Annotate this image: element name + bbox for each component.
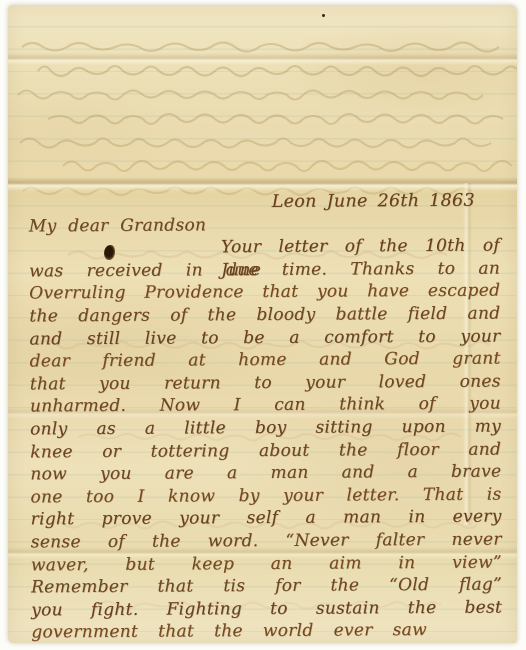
letter-body: Leon June 26th 1863 My dear Grandson You… (29, 190, 503, 645)
bleedthrough-stroke (22, 43, 499, 52)
letter-line: was received in due time. Thanks to an (29, 257, 500, 282)
letter-line: Overruling Providence that you have esca… (29, 280, 500, 305)
letter-lines: Your letter of the 10th of Junewas recei… (29, 235, 502, 645)
letter-line: knee or tottering about the floor and (30, 438, 501, 463)
bleedthrough-stroke (38, 66, 517, 76)
salutation: My dear Grandson (29, 212, 500, 237)
letter-line: only as a little boy sitting upon my (30, 415, 501, 440)
letter-line: Remember that tis for the “Old flag” (31, 574, 502, 599)
letter-scan: Leon June 26th 1863 My dear Grandson You… (0, 0, 526, 650)
bleedthrough-stroke (20, 139, 491, 148)
letter-line: right prove your self a man in every (31, 506, 502, 531)
paper-sheet: Leon June 26th 1863 My dear Grandson You… (8, 5, 517, 643)
letter-line: and still live to be a comfort to your (29, 325, 500, 350)
letter-line: Your letter of the 10th of June (29, 235, 500, 260)
letter-line: dear friend at home and God grant (30, 348, 501, 373)
bleedthrough-stroke (18, 91, 483, 100)
fold-crease (8, 53, 517, 65)
letter-line: you fight. Fighting to sustain the best (31, 596, 502, 621)
letter-line: that you return to your loved ones (30, 370, 501, 395)
letter-line: the dangers of the bloody battle field a… (29, 303, 500, 328)
dateline: Leon June 26th 1863 (29, 190, 500, 215)
bleedthrough-stroke (48, 114, 503, 124)
letter-line: now you are a man and a brave (30, 461, 501, 486)
fold-crease (8, 177, 517, 191)
bleedthrough-stroke (63, 161, 512, 171)
letter-line: waver, but keep an aim in view” (31, 551, 502, 576)
letter-line: sense of the word. “Never falter never (31, 528, 502, 553)
letter-line: one too I know by your letter. That is (30, 483, 501, 508)
paper-speck (322, 14, 325, 17)
letter-line: government that the world ever saw (31, 619, 427, 644)
letter-line: unharmed. Now I can think of you (30, 393, 501, 418)
